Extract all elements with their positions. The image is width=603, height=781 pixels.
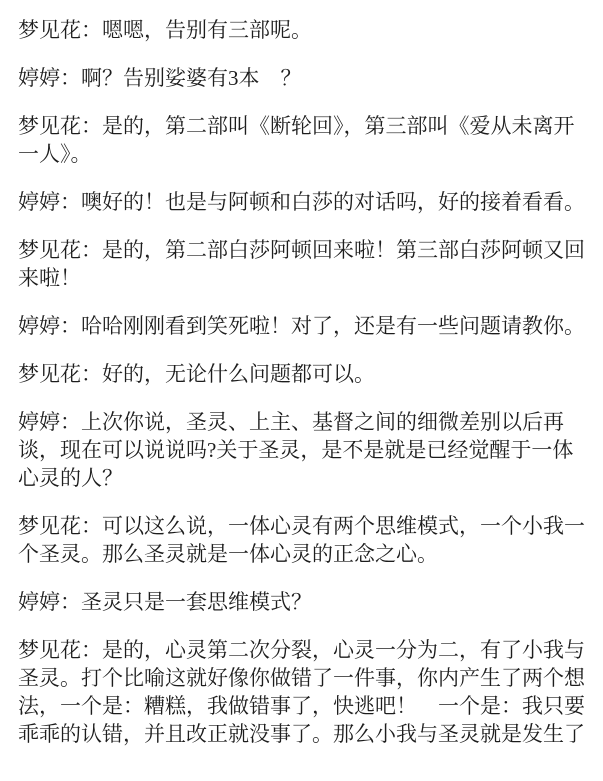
colon-separator: ：: [60, 66, 81, 90]
dialogue-paragraph: 婷婷：上次你说，圣灵、上主、基督之间的细微差别以后再谈，现在可以说说吗?关于圣灵…: [18, 408, 585, 492]
transcript-page: 梦见花：嗯嗯，告别有三部呢。 婷婷：啊？告别娑婆有3本 ？ 梦见花：是的，第二部…: [0, 0, 603, 781]
speaker-name: 梦见花: [18, 238, 81, 262]
colon-separator: ：: [60, 410, 81, 434]
dialogue-paragraph: 梦见花：嗯嗯，告别有三部呢。: [18, 16, 585, 44]
dialogue-paragraph: 梦见花：是的，第二部叫《断轮回》，第三部叫《爱从未离开一人》。: [18, 112, 585, 168]
speaker-name: 婷婷: [18, 590, 60, 614]
speaker-name: 梦见花: [18, 114, 81, 138]
colon-separator: ：: [81, 362, 102, 386]
dialogue-paragraph: 婷婷：哈哈刚刚看到笑死啦！对了，还是有一些问题请教你。: [18, 312, 585, 340]
dialogue-paragraph: 梦见花：可以这么说，一体心灵有两个思维模式，一个小我一个圣灵。那么圣灵就是一体心…: [18, 512, 585, 568]
colon-separator: ：: [60, 590, 81, 614]
dialogue-paragraph: 婷婷：啊？告别娑婆有3本 ？: [18, 64, 585, 92]
speaker-name: 梦见花: [18, 18, 81, 42]
message-text: 啊？告别娑婆有3本 ？: [81, 66, 302, 90]
colon-separator: ：: [81, 114, 102, 138]
message-text: 哈哈刚刚看到笑死啦！对了，还是有一些问题请教你。: [81, 314, 585, 338]
message-text: 上次你说，圣灵、上主、基督之间的细微差别以后再谈，现在可以说说吗?关于圣灵，是不…: [18, 410, 573, 490]
dialogue-paragraph: 梦见花：是的，心灵第二次分裂，心灵一分为二，有了小我与圣灵。打个比喻这就好像你做…: [18, 636, 585, 748]
message-text: 可以这么说，一体心灵有两个思维模式，一个小我一个圣灵。那么圣灵就是一体心灵的正念…: [18, 514, 585, 566]
colon-separator: ：: [81, 638, 102, 662]
speaker-name: 婷婷: [18, 410, 60, 434]
speaker-name: 婷婷: [18, 314, 60, 338]
message-text: 是的，第二部白莎阿顿回来啦！第三部白莎阿顿又回来啦！: [18, 238, 585, 290]
speaker-name: 梦见花: [18, 638, 81, 662]
speaker-name: 婷婷: [18, 66, 60, 90]
speaker-name: 梦见花: [18, 362, 81, 386]
dialogue-paragraph: 婷婷：圣灵只是一套思维模式？: [18, 588, 585, 616]
message-text: 是的，第二部叫《断轮回》，第三部叫《爱从未离开一人》。: [18, 114, 575, 166]
colon-separator: ：: [60, 314, 81, 338]
message-text: 是的，心灵第二次分裂，心灵一分为二，有了小我与圣灵。打个比喻这就好像你做错了一件…: [18, 638, 585, 746]
colon-separator: ：: [81, 18, 102, 42]
colon-separator: ：: [81, 238, 102, 262]
dialogue-paragraph: 梦见花：是的，第二部白莎阿顿回来啦！第三部白莎阿顿又回来啦！: [18, 236, 585, 292]
colon-separator: ：: [60, 190, 81, 214]
message-text: 好的，无论什么问题都可以。: [102, 362, 375, 386]
dialogue-paragraph: 婷婷：噢好的！也是与阿顿和白莎的对话吗，好的接着看看。: [18, 188, 585, 216]
message-text: 嗯嗯，告别有三部呢。: [102, 18, 312, 42]
message-text: 圣灵只是一套思维模式？: [81, 590, 312, 614]
speaker-name: 婷婷: [18, 190, 60, 214]
dialogue-paragraph: 梦见花：好的，无论什么问题都可以。: [18, 360, 585, 388]
message-text: 噢好的！也是与阿顿和白莎的对话吗，好的接着看看。: [81, 190, 585, 214]
speaker-name: 梦见花: [18, 514, 81, 538]
colon-separator: ：: [81, 514, 102, 538]
